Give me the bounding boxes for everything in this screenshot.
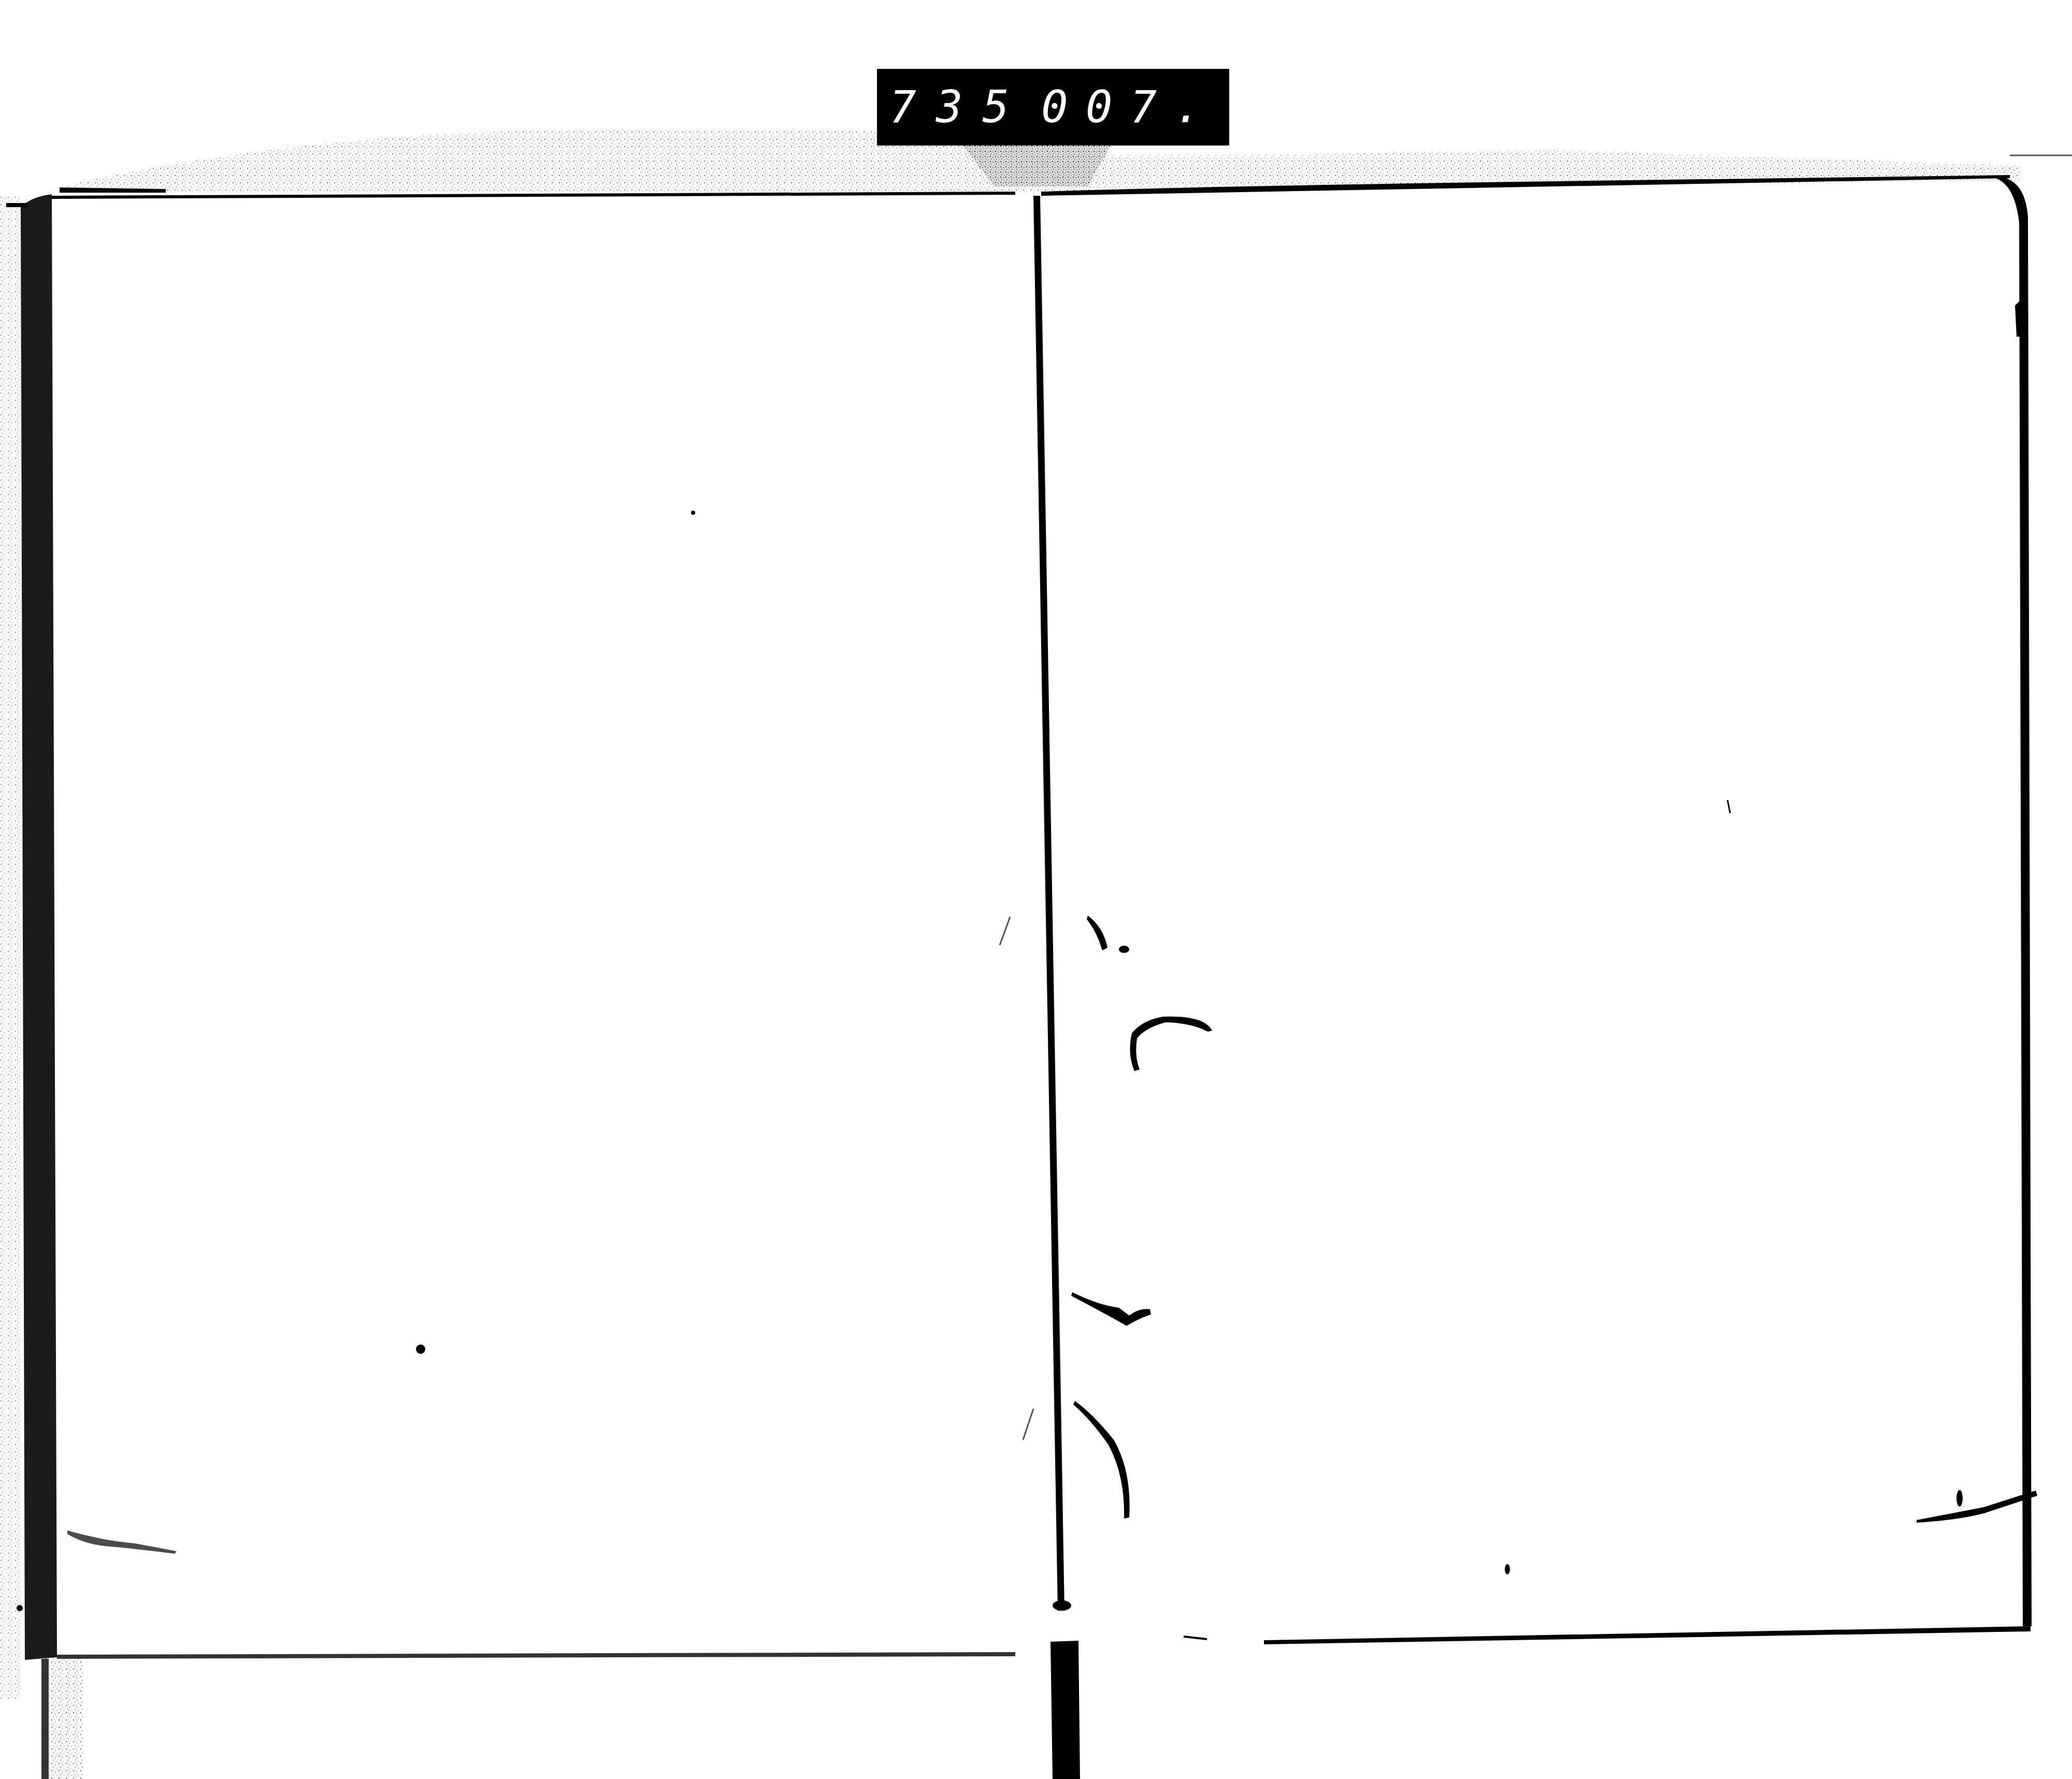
notebook-scan: [0, 0, 2072, 1779]
scan-marks: [17, 511, 2037, 1639]
reel-number: 735: [889, 85, 1029, 129]
frame-label: 735 007.: [877, 69, 1229, 146]
scan-noise: [0, 129, 2020, 1779]
left-cover-edge: [6, 187, 1015, 1779]
right-cover-edge: [1041, 155, 2072, 1644]
frame-number: 007.: [1041, 85, 1219, 129]
spine: [1033, 196, 1080, 1779]
